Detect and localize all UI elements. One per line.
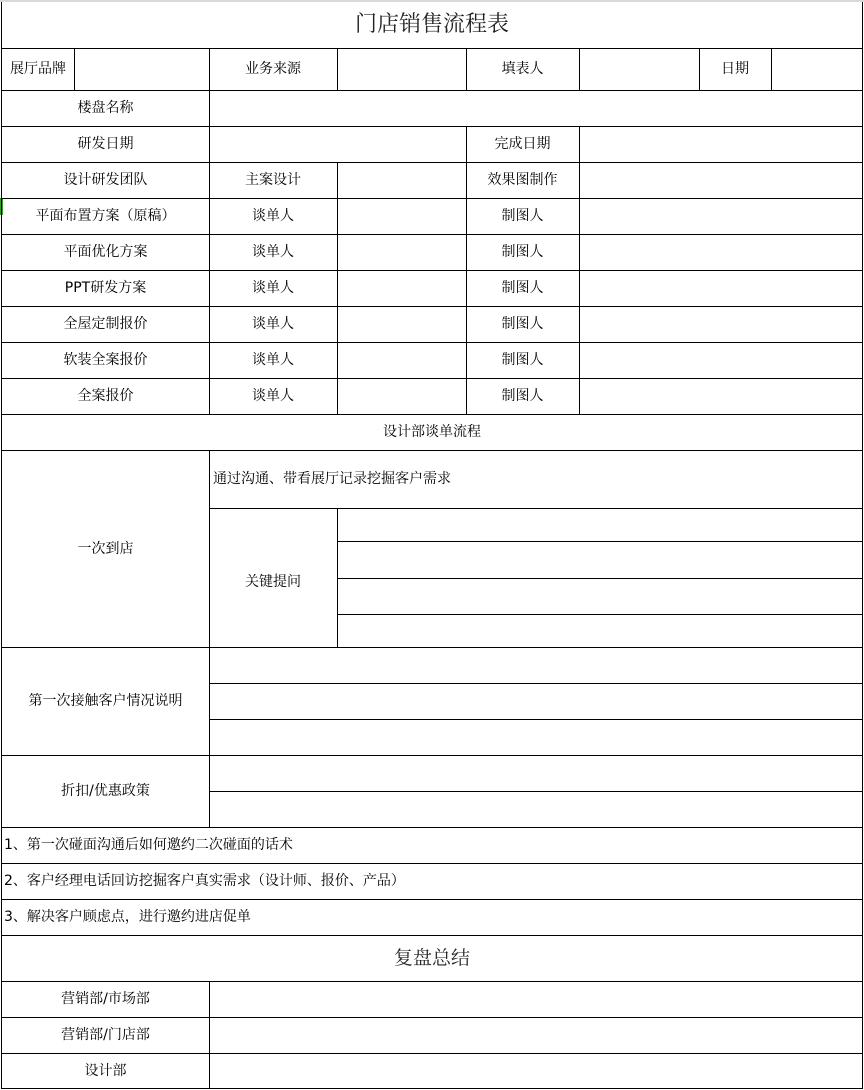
grid-line (337, 578, 863, 579)
lead-designer-input[interactable] (337, 162, 466, 198)
task-name: 全案报价 (2, 378, 209, 414)
grid-line (74, 48, 75, 90)
task-talker-label: 谈单人 (209, 378, 337, 414)
grid-line (209, 48, 210, 414)
review-row-label: 营销部/门店部 (2, 1017, 209, 1053)
grid-line (1, 126, 863, 127)
grid-line (209, 450, 210, 827)
border-line (1, 2, 2, 1089)
date-label: 日期 (699, 48, 771, 90)
lead-designer-label: 主案设计 (209, 162, 337, 198)
grid-line (209, 791, 863, 792)
flow-step: 1、第一次碰面沟通后如何邀约二次碰面的话术 (2, 827, 862, 863)
flow-step: 3、解决客户顾虑点，进行邀约进店促单 (2, 899, 862, 935)
grid-line (1, 234, 863, 235)
project-name-input[interactable] (209, 90, 862, 126)
task-drawer-label: 制图人 (466, 270, 579, 306)
key-question-input[interactable] (337, 578, 862, 614)
grid-line (1, 1053, 863, 1054)
grid-line (1, 935, 863, 936)
grid-line (337, 508, 338, 647)
dev-date-label: 研发日期 (2, 126, 209, 162)
date-input[interactable] (771, 48, 862, 90)
review-row-label: 设计部 (2, 1053, 209, 1088)
task-drawer-label: 制图人 (466, 234, 579, 270)
grid-line (1, 827, 863, 828)
task-drawer-input[interactable] (579, 198, 862, 234)
grid-line (466, 126, 467, 414)
first-visit-note: 通过沟通、带看展厅记录挖掘客户需求 (209, 450, 862, 508)
discount-label: 折扣/优惠政策 (2, 755, 209, 827)
grid-line (699, 48, 700, 90)
task-talker-label: 谈单人 (209, 306, 337, 342)
grid-line (1, 863, 863, 864)
render-input[interactable] (579, 162, 862, 198)
filler-input[interactable] (579, 48, 699, 90)
discount-input[interactable] (209, 791, 862, 827)
task-drawer-input[interactable] (579, 270, 862, 306)
task-drawer-label: 制图人 (466, 378, 579, 414)
grid-line (1, 1088, 863, 1089)
first-contact-input[interactable] (209, 719, 862, 755)
grid-line (1, 48, 863, 49)
task-drawer-input[interactable] (579, 234, 862, 270)
key-question-input[interactable] (337, 508, 862, 541)
grid-line (337, 162, 338, 414)
task-name: 软装全案报价 (2, 342, 209, 378)
grid-line (209, 508, 863, 509)
finish-date-input[interactable] (579, 126, 862, 162)
border-line (862, 2, 863, 1089)
first-contact-input[interactable] (209, 683, 862, 719)
task-name: 平面布置方案（原稿） (2, 198, 209, 234)
render-label: 效果图制作 (466, 162, 579, 198)
grid-line (1, 198, 863, 199)
task-talker-input[interactable] (337, 198, 466, 234)
first-contact-label: 第一次接触客户情况说明 (2, 647, 209, 755)
task-drawer-label: 制图人 (466, 306, 579, 342)
grid-line (1, 342, 863, 343)
review-row-input[interactable] (209, 1017, 862, 1053)
grid-line (209, 683, 863, 684)
task-talker-label: 谈单人 (209, 270, 337, 306)
grid-line (1, 981, 863, 982)
flow-step: 2、客户经理电话回访挖掘客户真实需求（设计师、报价、产品） (2, 863, 862, 899)
project-name-label: 楼盘名称 (2, 90, 209, 126)
grid-line (209, 981, 210, 1088)
grid-line (1, 755, 863, 756)
brand-label: 展厅品牌 (2, 48, 74, 90)
task-talker-input[interactable] (337, 378, 466, 414)
grid-line (1, 270, 863, 271)
task-name: 平面优化方案 (2, 234, 209, 270)
grid-line (579, 126, 580, 414)
key-question-input[interactable] (337, 614, 862, 647)
task-talker-label: 谈单人 (209, 342, 337, 378)
first-contact-input[interactable] (209, 647, 862, 683)
grid-line (1, 899, 863, 900)
grid-line (1, 90, 863, 91)
grid-line (1, 414, 863, 415)
brand-input[interactable] (74, 48, 209, 90)
task-talker-input[interactable] (337, 234, 466, 270)
review-section-title: 复盘总结 (2, 935, 862, 981)
filler-label: 填表人 (466, 48, 579, 90)
grid-line (1, 162, 863, 163)
source-input[interactable] (337, 48, 466, 90)
page-title: 门店销售流程表 (2, 2, 862, 48)
task-talker-label: 谈单人 (209, 234, 337, 270)
grid-line (337, 541, 863, 542)
grid-line (1, 450, 863, 451)
review-row-input[interactable] (209, 1053, 862, 1088)
grid-line (771, 48, 772, 90)
grid-line (337, 614, 863, 615)
review-row-label: 营销部/市场部 (2, 981, 209, 1017)
finish-date-label: 完成日期 (466, 126, 579, 162)
team-label: 设计研发团队 (2, 162, 209, 198)
grid-line (1, 306, 863, 307)
grid-line (1, 1017, 863, 1018)
grid-line (209, 719, 863, 720)
task-name: PPT研发方案 (2, 270, 209, 306)
task-drawer-label: 制图人 (466, 198, 579, 234)
source-label: 业务来源 (209, 48, 337, 90)
task-talker-input[interactable] (337, 342, 466, 378)
task-talker-input[interactable] (337, 306, 466, 342)
discount-input[interactable] (209, 755, 862, 791)
task-drawer-label: 制图人 (466, 342, 579, 378)
task-drawer-input[interactable] (579, 342, 862, 378)
task-drawer-input[interactable] (579, 306, 862, 342)
sales-process-sheet: 门店销售流程表 展厅品牌 业务来源 填表人 日期 楼盘名称 研发日期 完成日期 … (0, 0, 864, 1090)
review-row-input[interactable] (209, 981, 862, 1017)
grid-line (579, 48, 580, 90)
key-questions-label: 关键提问 (209, 508, 337, 647)
task-talker-label: 谈单人 (209, 198, 337, 234)
task-drawer-input[interactable] (579, 378, 862, 414)
grid-line (466, 48, 467, 90)
grid-line (1, 647, 863, 648)
task-talker-input[interactable] (337, 270, 466, 306)
grid-line (337, 48, 338, 90)
dev-date-input[interactable] (209, 126, 466, 162)
first-visit-label: 一次到店 (2, 450, 209, 647)
key-question-input[interactable] (337, 541, 862, 578)
flow-section-title: 设计部谈单流程 (2, 414, 862, 450)
grid-line (1, 378, 863, 379)
task-name: 全屋定制报价 (2, 306, 209, 342)
